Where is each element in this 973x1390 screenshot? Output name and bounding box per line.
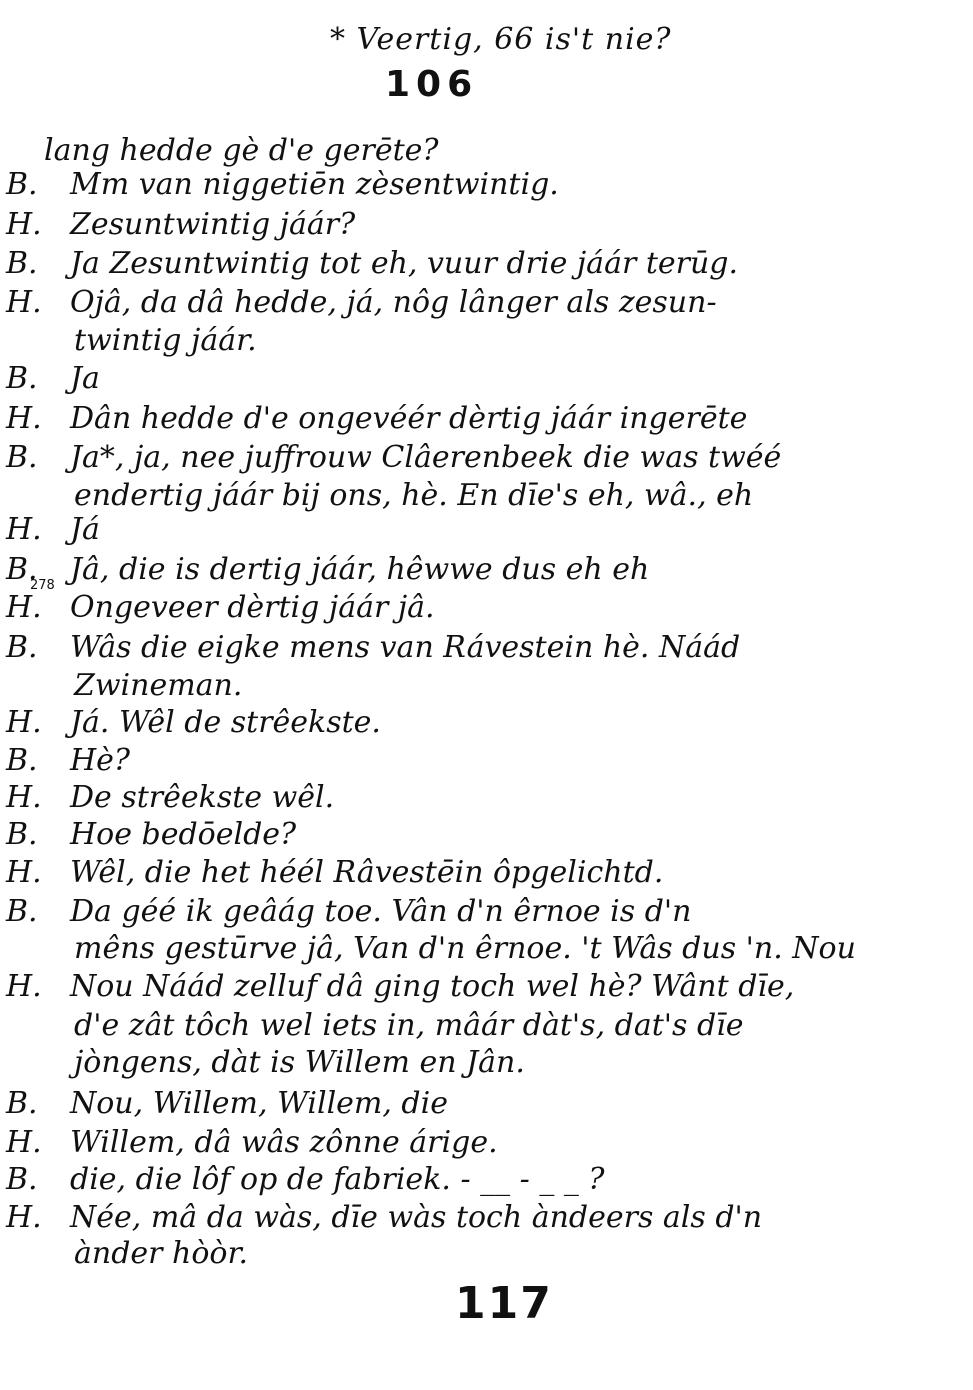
utterance-text: Willem, dâ wâs zônne árige. <box>70 1125 498 1160</box>
transcript-line: B.Jâ, die is dertig jáár, hêwwe dus eh e… <box>6 552 649 588</box>
transcript-line: B.Da géé ik geâág toe. Vân d'n êrnoe is … <box>6 894 691 930</box>
utterance-text: Zesuntwintig jáár? <box>70 207 355 242</box>
transcript-line: H.De strêekste wêl. <box>6 780 334 816</box>
transcript-line: H.Willem, dâ wâs zônne árige. <box>6 1125 498 1161</box>
utterance-text: Da géé ik geâág toe. Vân d'n êrnoe is d'… <box>70 894 691 929</box>
utterance-text: Ja*, ja, nee juffrouw Clâerenbeek die wa… <box>70 440 781 475</box>
utterance-text: Mm van niggetiēn zèsentwintig. <box>70 167 559 202</box>
utterance-text: Ojâ, da dâ hedde, já, nôg lânger als zes… <box>70 285 717 320</box>
utterance-text: Jâ, die is dertig jáár, hêwwe dus eh eh <box>70 552 649 587</box>
utterance-text: mêns gestūrve jâ, Van d'n êrnoe. 't Wâs … <box>74 931 856 966</box>
speaker-label: H. <box>6 1200 70 1236</box>
speaker-label: B. <box>6 894 70 930</box>
utterance-text: Ongeveer dèrtig jáár jâ. <box>70 590 435 625</box>
utterance-text: Ja Zesuntwintig tot eh, vuur drie jáár t… <box>70 246 738 281</box>
speaker-label: H. <box>6 1125 70 1161</box>
utterance-text: twintig jáár. <box>74 323 257 358</box>
transcript-line: B.Ja*, ja, nee juffrouw Clâerenbeek die … <box>6 440 781 476</box>
speaker-label: B. <box>6 246 70 282</box>
speaker-label: H. <box>6 969 70 1005</box>
speaker-label: H. <box>6 855 70 891</box>
transcript-line: ànder hòòr. <box>74 1236 248 1272</box>
utterance-text: Hoe bedōelde? <box>70 817 296 852</box>
speaker-label: B. <box>6 440 70 476</box>
utterance-text: Wâs die eigke mens van Rávestein hè. Náá… <box>70 630 740 665</box>
transcript-line: B.Mm van niggetiēn zèsentwintig. <box>6 167 559 203</box>
transcript-line: jòngens, dàt is Willem en Jân. <box>74 1045 525 1081</box>
transcript-line: B.Hoe bedōelde? <box>6 817 296 853</box>
transcript-line: B.Hè? <box>6 743 130 779</box>
speaker-label: H. <box>6 512 70 548</box>
transcript-line: B.die, die lôf op de fabriek. - __ - _ _… <box>6 1162 604 1198</box>
transcript-line: H.Ojâ, da dâ hedde, já, nôg lânger als z… <box>6 285 717 321</box>
utterance-text: endertig jáár bij ons, hè. En dīe's eh, … <box>74 478 753 513</box>
utterance-text: Nou, Willem, Willem, die <box>70 1086 448 1121</box>
utterance-text: Wêl, die het héél Râvestēin ôpgelichtd. <box>70 855 663 890</box>
transcript-line: H.Já. Wêl de strêekste. <box>6 705 381 741</box>
speaker-label: B. <box>6 1162 70 1198</box>
transcript-line: lang hedde gè d'e gerēte? <box>44 133 439 169</box>
speaker-label: H. <box>6 590 70 626</box>
transcript-line: B.Wâs die eigke mens van Rávestein hè. N… <box>6 630 740 666</box>
handwritten-transcript-page: * Veertig, 66 is't nie? 106 lang hedde g… <box>0 0 973 1390</box>
utterance-text: Née, mâ da wàs, dīe wàs toch àndeers als… <box>70 1200 762 1235</box>
transcript-line: B.Ja <box>6 361 100 397</box>
speaker-label: H. <box>6 401 70 437</box>
utterance-text: jòngens, dàt is Willem en Jân. <box>74 1045 525 1080</box>
utterance-text: Zwineman. <box>74 668 242 703</box>
transcript-line: H.Dân hedde d'e ongevéér dèrtig jáár ing… <box>6 401 747 437</box>
utterance-text: Dân hedde d'e ongevéér dèrtig jáár inger… <box>70 401 747 436</box>
transcript-line: H.Nou Náád zelluf dâ ging toch wel hè? W… <box>6 969 794 1005</box>
speaker-label: B. <box>6 743 70 779</box>
transcript-line: twintig jáár. <box>74 323 257 359</box>
transcript-line: H.Já <box>6 512 100 548</box>
speaker-label: H. <box>6 705 70 741</box>
transcript-line: B.Ja Zesuntwintig tot eh, vuur drie jáár… <box>6 246 738 282</box>
utterance-text: Hè? <box>70 743 130 778</box>
utterance-text: lang hedde gè d'e gerēte? <box>44 133 439 168</box>
transcript-line: H.Zesuntwintig jáár? <box>6 207 355 243</box>
utterance-text: Ja <box>70 361 100 396</box>
speaker-label: H. <box>6 285 70 321</box>
speaker-label: H. <box>6 207 70 243</box>
transcript-line: mêns gestūrve jâ, Van d'n êrnoe. 't Wâs … <box>74 931 856 967</box>
speaker-label: H. <box>6 780 70 816</box>
transcript-line: d'e zât tôch wel iets in, mâár dàt's, da… <box>74 1008 744 1044</box>
speaker-label: B. <box>6 167 70 203</box>
speaker-label: B. <box>6 817 70 853</box>
utterance-text: Já <box>70 512 100 547</box>
utterance-text: ànder hòòr. <box>74 1236 248 1271</box>
utterance-text: Já. Wêl de strêekste. <box>70 705 381 740</box>
transcript-line: H.Wêl, die het héél Râvestēin ôpgelichtd… <box>6 855 663 891</box>
margin-note: 278 <box>30 578 55 593</box>
page-number-bottom: 117 <box>455 1278 553 1329</box>
speaker-label: B. <box>6 630 70 666</box>
utterance-text: Nou Náád zelluf dâ ging toch wel hè? Wân… <box>70 969 794 1004</box>
transcript-line: H.Née, mâ da wàs, dīe wàs toch àndeers a… <box>6 1200 762 1236</box>
transcript-line: B.Nou, Willem, Willem, die <box>6 1086 448 1122</box>
page-number-top: 106 <box>385 64 478 105</box>
speaker-label: B. <box>6 361 70 397</box>
utterance-text: die, die lôf op de fabriek. - __ - _ _ ? <box>70 1162 604 1197</box>
utterance-text: De strêekste wêl. <box>70 780 334 815</box>
transcript-line: H.Ongeveer dèrtig jáár jâ. <box>6 590 435 626</box>
speaker-label: B. <box>6 1086 70 1122</box>
utterance-text: d'e zât tôch wel iets in, mâár dàt's, da… <box>74 1008 744 1043</box>
header-note: * Veertig, 66 is't nie? <box>330 22 672 57</box>
transcript-line: endertig jáár bij ons, hè. En dīe's eh, … <box>74 478 753 514</box>
transcript-line: Zwineman. <box>74 668 242 704</box>
